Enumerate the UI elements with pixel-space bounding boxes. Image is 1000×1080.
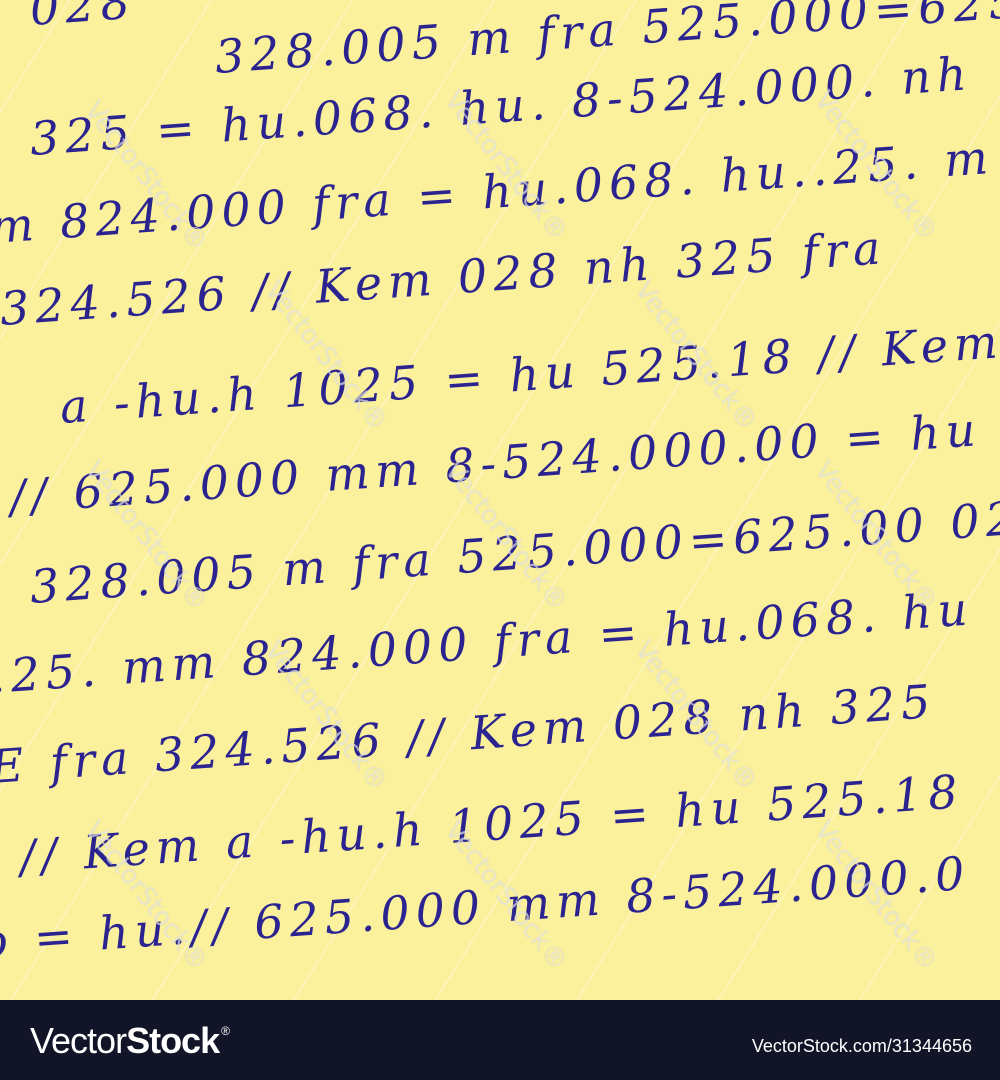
handwriting-pattern: 028 328.005 m fra 525.000=625. 325 = hu.… xyxy=(0,0,1000,1000)
brand-bold: Stock xyxy=(126,1020,219,1061)
footer-bar: VectorStock® VectorStock.com/31344656 xyxy=(0,1000,1000,1080)
image-reference: VectorStock.com/31344656 xyxy=(752,1036,972,1057)
vectorstock-logo: VectorStock® xyxy=(30,1020,229,1062)
handwriting-line: 028 xyxy=(28,0,137,36)
brand-thin: Vector xyxy=(30,1020,126,1061)
registered-mark: ® xyxy=(221,1024,229,1038)
